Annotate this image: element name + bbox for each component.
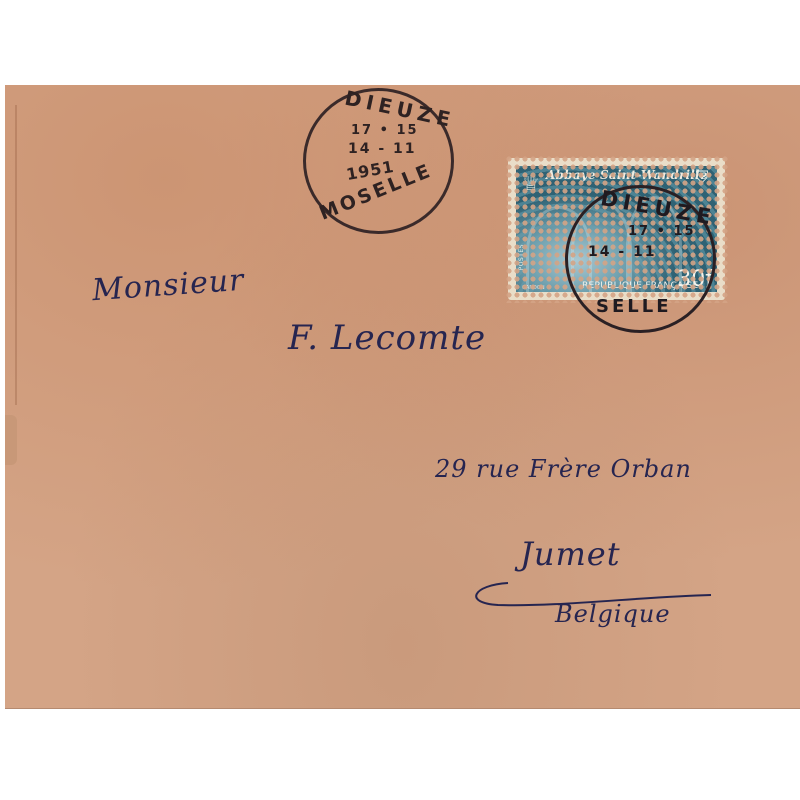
stamp-engraver: GANDON [522,285,545,291]
postmark-date: 14 - 11 [588,244,657,260]
address-city: Jumet [520,535,621,573]
stamp-title: Abbaye Saint-Wandrille [546,168,708,182]
postmark-cancel: DIEUZE 17 • 15 14 - 11 SELLE [565,185,716,333]
coat-of-arms-icon: ⛨ [692,168,712,202]
postmark-time: 17 • 15 [628,224,696,239]
address-street: 29 rue Frère Orban [435,455,692,483]
eagle-icon: ♕ [520,168,542,198]
address-name: F. Lecomte [288,318,486,358]
address-country: Belgique [555,600,671,628]
stamp-side-text: POSTES [518,244,525,270]
postmark-department: SELLE [596,296,672,317]
postmark-time: 17 • 15 [351,123,419,138]
postmark-date: 14 - 11 [348,141,417,157]
torn-edge [5,415,17,465]
postmark-dieuze: DIEUZE 17 • 15 14 - 11 1951 MOSELLE [303,88,454,234]
